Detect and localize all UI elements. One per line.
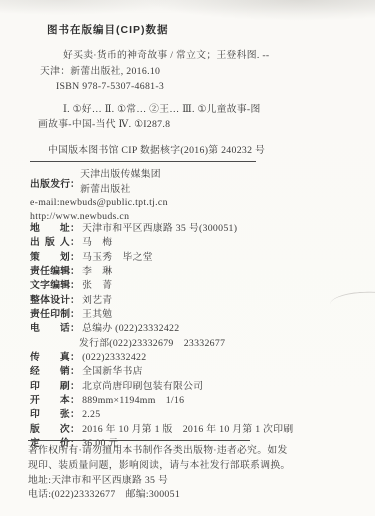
info-row-phone-distribution: 发行部(022)23332679 23332677 — [30, 335, 293, 349]
publisher-colon: ： — [70, 176, 80, 190]
publication-info-list: 地址：天津市和平区西康路 35 号(300051) 出版人：马 梅 策划：马玉秀… — [30, 220, 293, 450]
info-row-editor: 责任编辑：李 琳 — [30, 263, 293, 277]
info-row-edition: 版次：2016 年 10 月第 1 版 2016 年 10 月第 1 次印刷 — [30, 421, 293, 435]
publisher-block: 出版发行： 天津出版传媒集团 新蕾出版社 — [30, 168, 161, 197]
copyright-notice: 著作权所有·请勿擅用本书制作各类出版物·违者必究。如发 现印、装质量问题，影响阅… — [28, 444, 291, 473]
classification-line-2: 画故事-中国-当代 Ⅳ. ①I287.8 — [38, 117, 261, 132]
info-row-address: 地址：天津市和平区西康路 35 号(300051) — [30, 220, 293, 234]
cip-publisher-line: 天津：新蕾出版社, 2016.10 — [40, 64, 269, 80]
info-row-planning: 策划：马玉秀 毕之堂 — [30, 249, 293, 263]
info-row-format: 开本：889mm×1194mm 1/16 — [30, 392, 293, 406]
scan-artifact — [329, 290, 375, 311]
cip-header: 图书在版编目(CIP)数据 — [47, 22, 169, 37]
copyright-notice-line-2: 现印、装质量问题，影响阅读，请与本社发行部联系调换。 — [28, 459, 291, 474]
cip-record-number: 中国版本图书馆 CIP 数据核字(2016)第 240232 号 — [48, 142, 265, 156]
email-line: e-mail:newbuds@public.tpt.tj.cn — [30, 197, 168, 208]
divider-bottom — [28, 440, 250, 441]
classification-block: Ⅰ. ①好… Ⅱ. ①常… ②王… Ⅲ. ①儿童故事-图 画故事-中国-当代 Ⅳ… — [38, 102, 261, 132]
info-row-sheets: 印张：2.25 — [30, 406, 293, 420]
cip-title-line: 好买卖·货币的神奇故事 / 常立文；王登科图. -- — [63, 48, 269, 64]
publisher-press: 新蕾出版社 — [80, 183, 161, 198]
info-row-distribution: 经销：全国新华书店 — [30, 363, 293, 377]
footer-phone-postcode: 电话:(022)23332677 邮编:300051 — [28, 486, 180, 500]
publisher-group: 天津出版传媒集团 — [80, 168, 161, 183]
info-row-design: 整体设计：刘艺青 — [30, 292, 293, 306]
publisher-lines: 天津出版传媒集团 新蕾出版社 — [80, 168, 161, 197]
info-row-publisher-person: 出版人：马 梅 — [30, 234, 293, 248]
info-row-print-supervisor: 责任印制：王其勉 — [30, 306, 293, 320]
info-row-fax: 传真：(022)23332422 — [30, 349, 293, 363]
copyright-page: 图书在版编目(CIP)数据 好买卖·货币的神奇故事 / 常立文；王登科图. --… — [0, 0, 375, 516]
classification-line-1: Ⅰ. ①好… Ⅱ. ①常… ②王… Ⅲ. ①儿童故事-图 — [63, 102, 261, 117]
info-row-text-editor: 文字编辑：张 菁 — [30, 277, 293, 291]
cip-entry-block: 好买卖·货币的神奇故事 / 常立文；王登科图. -- 天津：新蕾出版社, 201… — [40, 48, 269, 95]
copyright-notice-line-1: 著作权所有·请勿擅用本书制作各类出版物·违者必究。如发 — [28, 444, 291, 459]
info-row-phone: 电话：总编办 (022)23332422 — [30, 320, 293, 334]
publisher-label: 出版发行 — [30, 176, 70, 190]
divider-top — [30, 161, 256, 162]
info-row-printer: 印刷：北京尚唐印刷包装有限公司 — [30, 378, 293, 392]
footer-address: 地址:天津市和平区西康路 35 号 — [28, 472, 168, 486]
isbn-line: ISBN 978-7-5307-4681-3 — [56, 79, 269, 95]
